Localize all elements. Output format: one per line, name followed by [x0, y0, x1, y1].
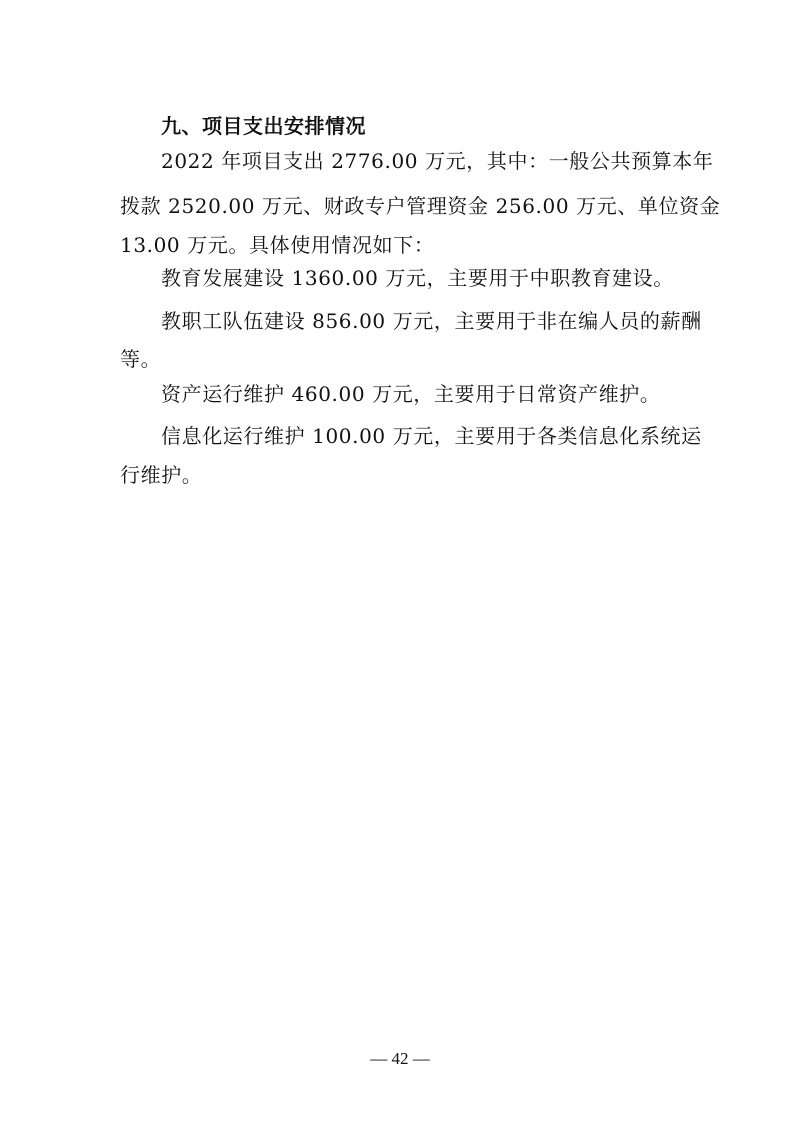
paragraph-line: 行维护。	[120, 462, 202, 488]
paragraph-line: 2022 年项目支出 2776.00 万元，其中：一般公共预算本年	[161, 148, 713, 174]
document-page: 九、项目支出安排情况 2022 年项目支出 2776.00 万元，其中：一般公共…	[0, 0, 800, 1131]
paragraph-line: 13.00 万元。具体使用情况如下：	[120, 232, 434, 258]
paragraph-line: 信息化运行维护 100.00 万元，主要用于各类信息化系统运	[161, 423, 702, 449]
paragraph-line: 拨款 2520.00 万元、财政专户管理资金 256.00 万元、单位资金	[120, 193, 720, 219]
paragraph-line: 教职工队伍建设 856.00 万元，主要用于非在编人员的薪酬	[161, 308, 702, 334]
paragraph-line: 资产运行维护 460.00 万元，主要用于日常资产维护。	[161, 381, 661, 407]
section-heading: 九、项目支出安排情况	[161, 113, 366, 139]
paragraph-line: 等。	[120, 346, 161, 372]
page-number: — 42 —	[0, 1049, 800, 1069]
paragraph-line: 教育发展建设 1360.00 万元，主要用于中职教育建设。	[161, 265, 674, 291]
